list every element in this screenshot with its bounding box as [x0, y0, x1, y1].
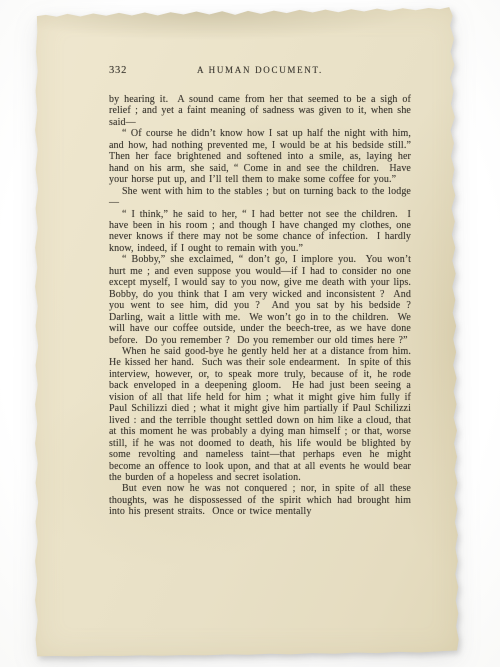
body-paragraph-2: “ Of course he didn’t know how I sat up … — [109, 128, 411, 185]
body-paragraph-5: “ Bobby,” she exclaimed, “ don’t go, I i… — [109, 254, 411, 346]
body-paragraph-6: When he said good-bye he gently held her… — [109, 346, 411, 483]
text-column: 332 A HUMAN DOCUMENT. by hearing it. A s… — [109, 64, 411, 518]
body-paragraph-1: by hearing it. A sound came from her tha… — [109, 94, 411, 128]
scan-background: 332 A HUMAN DOCUMENT. by hearing it. A s… — [0, 0, 500, 667]
scanned-book-page: 332 A HUMAN DOCUMENT. by hearing it. A s… — [33, 6, 463, 659]
body-paragraph-7: But even now he was not conquered ; nor,… — [109, 483, 411, 517]
page-header: 332 A HUMAN DOCUMENT. — [109, 64, 411, 77]
body-paragraph-3: She went with him to the stables ; but o… — [109, 186, 411, 209]
paper-shadow-wrap: 332 A HUMAN DOCUMENT. by hearing it. A s… — [33, 6, 463, 659]
running-header-title: A HUMAN DOCUMENT. — [109, 64, 411, 77]
body-text: by hearing it. A sound came from her tha… — [109, 94, 411, 518]
body-paragraph-4: “ I think,” he said to her, “ I had bett… — [109, 209, 411, 255]
